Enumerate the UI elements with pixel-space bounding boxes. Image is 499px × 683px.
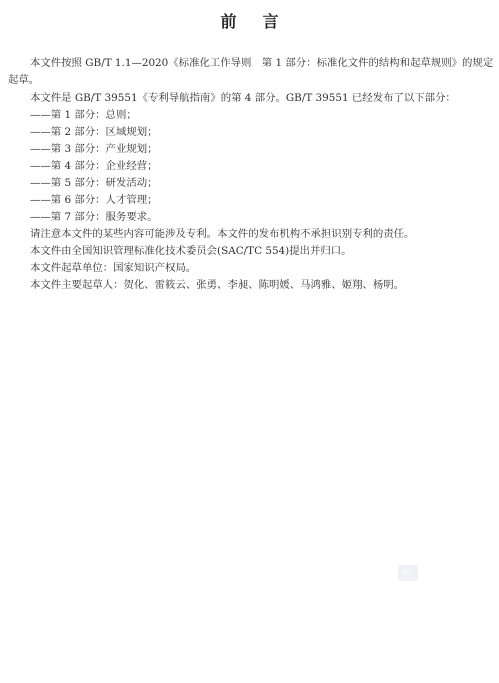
list-item-part-7: ——第 7 部分：服务要求。 xyxy=(30,210,158,224)
list-item-part-2: ——第 2 部分：区域规划； xyxy=(30,125,158,139)
paragraph-drafters: 本文件主要起草人：贺化、雷筱云、张勇、李昶、陈明媛、马鸿雅、姬翔、杨明。 xyxy=(30,278,404,292)
paragraph-drafting-rule-line1: 本文件按照 GB/T 1.1—2020《标准化工作导则 第 1 部分：标准化文件… xyxy=(30,56,493,70)
list-item-part-6: ——第 6 部分：人才管理； xyxy=(30,193,158,207)
list-item-part-3: ——第 3 部分：产业规划； xyxy=(30,142,158,156)
paragraph-part-of-series: 本文件是 GB/T 39551《专利导航指南》的第 4 部分。GB/T 3955… xyxy=(30,91,456,105)
list-item-part-4: ——第 4 部分：企业经营； xyxy=(30,159,158,173)
paragraph-drafting-rule-line2: 起草。 xyxy=(8,73,39,87)
paragraph-proposer: 本文件由全国知识管理标准化技术委员会(SAC/TC 554)提出并归口。 xyxy=(30,244,352,258)
page-title: 前言 xyxy=(0,9,499,32)
paragraph-patent-notice: 请注意本文件的某些内容可能涉及专利。本文件的发布机构不承担识别专利的责任。 xyxy=(30,227,414,241)
paragraph-drafting-unit: 本文件起草单位：国家知识产权局。 xyxy=(30,261,196,275)
document-page: 前言 本文件按照 GB/T 1.1—2020《标准化工作导则 第 1 部分：标准… xyxy=(0,0,499,683)
watermark-icon: itc xyxy=(398,565,418,581)
list-item-part-1: ——第 1 部分：总则； xyxy=(30,108,137,122)
list-item-part-5: ——第 5 部分：研发活动； xyxy=(30,176,158,190)
